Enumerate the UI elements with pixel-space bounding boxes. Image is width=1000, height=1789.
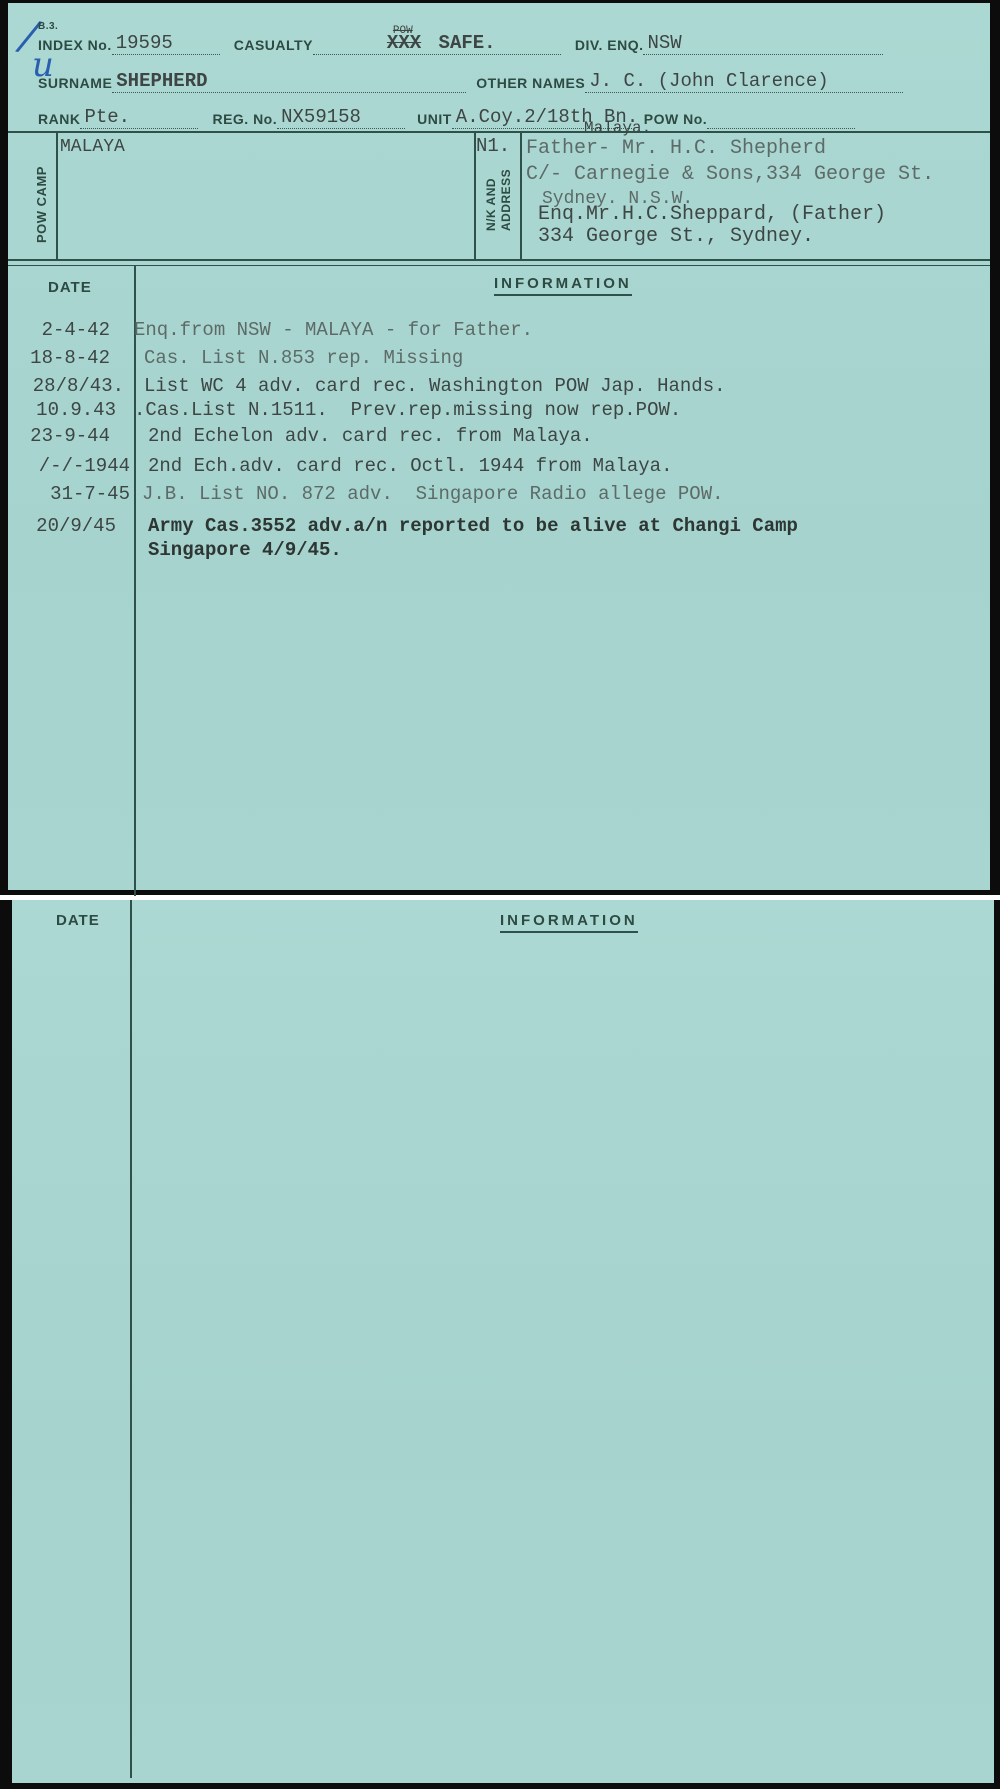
pow-camp-value: MALAYA [60,137,125,157]
log-entry-text: Cas. List N.853 rep. Missing [144,347,463,369]
nok-overtype: Malaya. [584,119,651,137]
surname-value: SHEPHERD [112,70,466,93]
other-names-value: J. C. (John Clarence) [585,70,903,93]
nok-line-1: Father- Mr. H.C. Shepherd [526,137,826,160]
surname-label: SURNAME [38,75,112,93]
divider [8,265,990,266]
log-entry-date: 10.9.43 [36,399,116,421]
divider [520,133,522,259]
div-enq-label: DIV. ENQ. [575,37,644,55]
nok-line-2: C/- Carnegie & Sons,334 George St. [526,163,934,186]
nok-label-line1: N/K AND [484,178,498,231]
rank-label: RANK [38,111,80,129]
div-enq-value: NSW [643,32,883,55]
log-entry-text: 2nd Ech.adv. card rec. Octl. 1944 from M… [148,455,673,477]
divider [56,133,58,259]
log-entry-date: 23-9-44 [30,425,110,447]
reg-no-value: NX59158 [277,106,405,129]
date-column-divider [134,266,136,896]
nok-marker: N1. [476,135,510,157]
casualty-label: CASUALTY [234,37,313,55]
rank-value: Pte. [80,106,198,129]
log-entry-date: 20/9/45 [36,515,116,537]
log-entry-text: Army Cas.3552 adv.a/n reported to be ali… [148,515,798,537]
information-header: INFORMATION [500,912,638,933]
information-header: INFORMATION [494,275,632,296]
date-header: DATE [56,912,100,929]
log-entry-date: /-/-1944 [39,455,130,477]
pow-no-value [707,128,855,129]
nok-line-5: 334 George St., Sydney. [538,225,814,248]
nok-line-4: Enq.Mr.H.C.Sheppard, (Father) [538,203,886,226]
log-entry-text-continued: Singapore 4/9/45. [148,539,342,561]
date-column-divider [130,900,132,1778]
pow-no-label: POW No. [644,111,707,129]
reg-no-label: REG. No. [212,111,277,129]
casualty-field: POW XXX SAFE. [313,32,561,55]
log-entry-text: List WC 4 adv. card rec. Washington POW … [144,375,726,397]
log-entry-text: 2nd Echelon adv. card rec. from Malaya. [148,425,593,447]
pow-camp-label: POW CAMP [34,166,49,243]
divider [8,259,990,261]
index-no-value: 19595 [112,32,220,55]
log-entry-date: 18-8-42 [30,347,110,369]
record-card-back: DATE INFORMATION [0,900,1000,1789]
record-card-front: / u B.3. INDEX No. 19595 CASUALTY POW XX… [0,0,1000,895]
header-row-3: RANK Pte. REG. No. NX59158 UNIT A.Coy.2/… [8,99,990,129]
log-entry-text: Enq.from NSW - MALAYA - for Father. [134,319,533,341]
other-names-label: OTHER NAMES [476,75,585,93]
nok-label-line2: ADDRESS [499,169,513,231]
casualty-struck-value: POW [393,20,413,42]
unit-label: UNIT [417,111,452,129]
log-entry-text: J.B. List NO. 872 adv. Singapore Radio a… [142,483,724,505]
casualty-value: SAFE. [439,32,496,54]
log-entry-date: 31-7-45 [50,483,130,505]
log-entry-date: 2-4-42 [42,319,110,341]
log-entry-text: .Cas.List N.1511. Prev.rep.missing now r… [134,399,681,421]
divider [8,131,990,133]
date-header: DATE [48,279,92,296]
header-row-1: INDEX No. 19595 CASUALTY POW XXX SAFE. D… [8,25,990,55]
log-entry-date: 28/8/43. [33,375,124,397]
index-no-label: INDEX No. [38,37,112,55]
header-row-2: SURNAME SHEPHERD OTHER NAMES J. C. (John… [8,63,990,93]
